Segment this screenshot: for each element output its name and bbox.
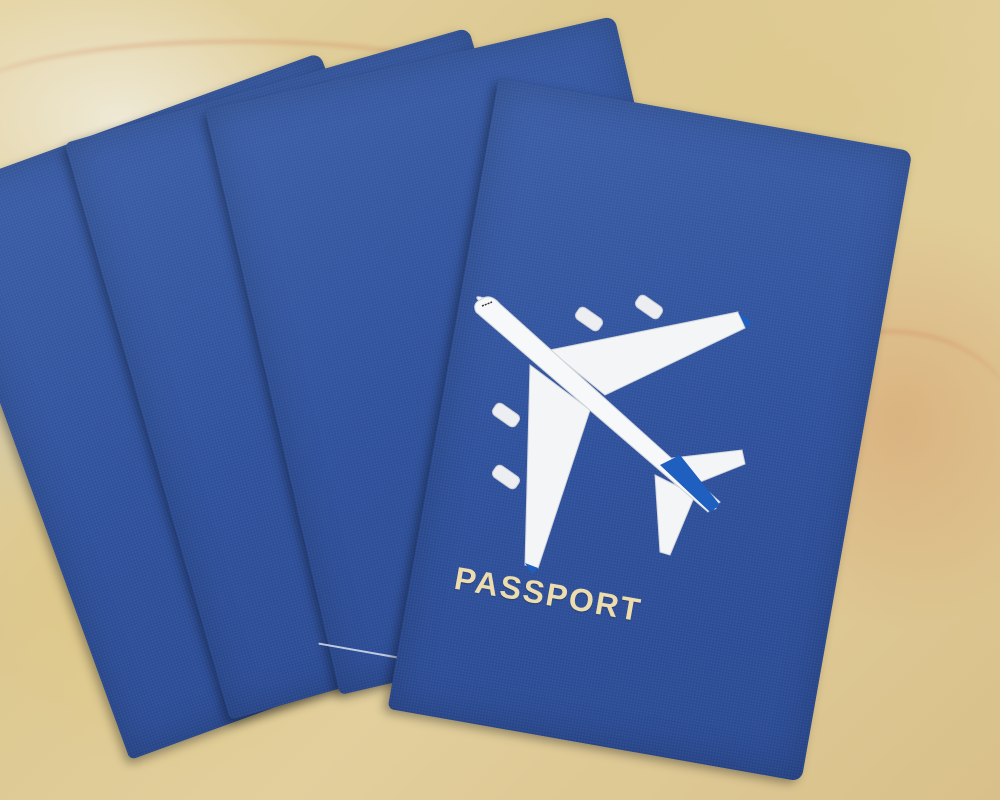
toy-airplane-icon (470, 290, 760, 580)
map-background: PASSPORT (0, 0, 1000, 800)
